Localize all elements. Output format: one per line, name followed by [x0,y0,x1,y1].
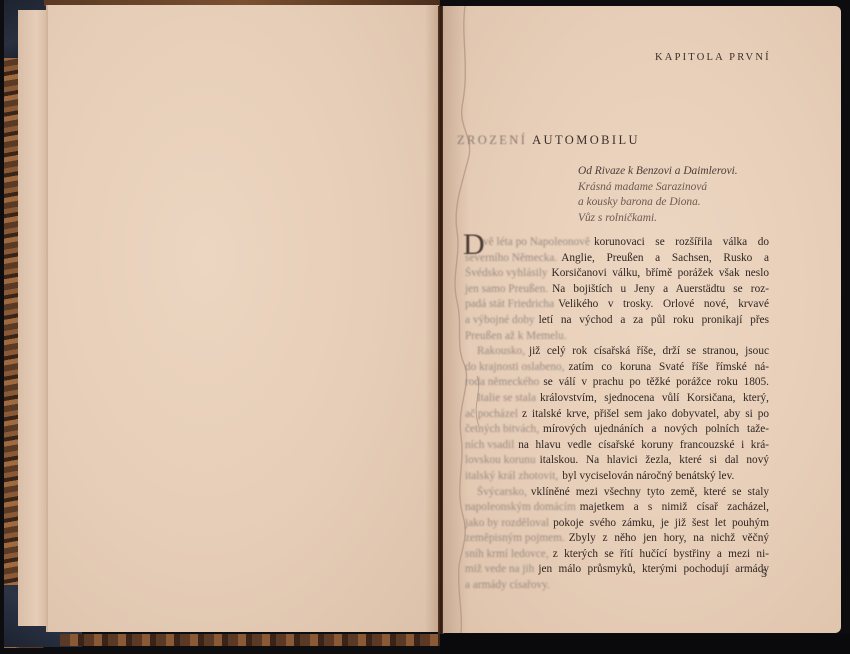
text-line: Švýcarsko,vklíněné mezi všechny tyto zem… [465,485,769,501]
background-bottom [440,634,850,654]
text-line: Italie se stalakrálovstvím, sjednocena v… [465,391,769,407]
chapter-title-faded-part: ZROZENÍ [457,133,527,147]
page-number: 5 [761,566,767,581]
left-page-blank [46,5,439,632]
epigraph-line: Vůz s rolničkami. [578,211,738,227]
text-line: a výbojné dobyletí na východ a za půl ro… [465,313,769,329]
epigraph: Od Rivaze k Benzovi a Daimlerovi. Krásná… [578,164,738,226]
text-line: roda německéhose válí v prachu po těžké … [465,375,769,391]
text-line: vě léta po Napoleonověkorunovaci se rozš… [465,235,769,251]
text-line: četných bitvách,mírových ujednáních a no… [465,422,769,438]
text-line: ních vsadilna hlavu vedle císařské korun… [465,438,769,454]
body-text: vě léta po Napoleonověkorunovaci se rozš… [465,235,769,594]
text-line: ač pocházelz italské krve, přišel sem ja… [465,407,769,423]
text-line: Rakousko,již celý rok císařská říše, drž… [465,344,769,360]
epigraph-line: Krásná madame Sarazinová [578,180,738,196]
epigraph-line: Od Rivaze k Benzovi a Daimlerovi. [578,164,738,180]
text-line: napoleonským domácímmajetkem a s nimiž c… [465,500,769,516]
text-line: italský král zhotovit,byl vyciselován ná… [465,469,769,485]
open-book-photo: KAPITOLA PRVNÍ ZROZENÍ AUTOMOBILU Od Riv… [0,0,850,654]
text-line: Preußen až k Memelu. [465,329,769,345]
right-page: KAPITOLA PRVNÍ ZROZENÍ AUTOMOBILU Od Riv… [443,6,841,633]
text-line: zeměpisným pojmem.Zbyly z něho jen hory,… [465,531,769,547]
text-line: padá stát FriedrichaVelikého v trosky. O… [465,297,769,313]
text-line: do krajnosti oslabeno,zatím co koruna Sv… [465,360,769,376]
text-line: Švédsko vyhlásilyKorsičanovi válku, břím… [465,266,769,282]
text-line: severního Německa.Anglie, Preußen a Sach… [465,251,769,267]
running-head: KAPITOLA PRVNÍ [655,52,771,63]
text-line: jen samo Preußen.Na bojištích u Jeny a A… [465,282,769,298]
text-line: sníh krmí ledovce,z kterých se řítí hučí… [465,547,769,563]
marbled-cover-bottom [60,634,440,646]
text-line: lovskou korunuitalskou. Na hlavici žezla… [465,453,769,469]
chapter-title-main: AUTOMOBILU [532,133,640,147]
chapter-title: ZROZENÍ AUTOMOBILU [457,133,640,148]
left-page-gutter-shadow [425,5,439,632]
text-line: a armády císařovy. [465,578,769,594]
text-line: miž vede na jihjen málo průsmyků, kterým… [465,562,769,578]
text-line: jako by rozdělovalpokoje svého zámku, je… [465,516,769,532]
epigraph-line: a kousky barona de Diona. [578,195,738,211]
